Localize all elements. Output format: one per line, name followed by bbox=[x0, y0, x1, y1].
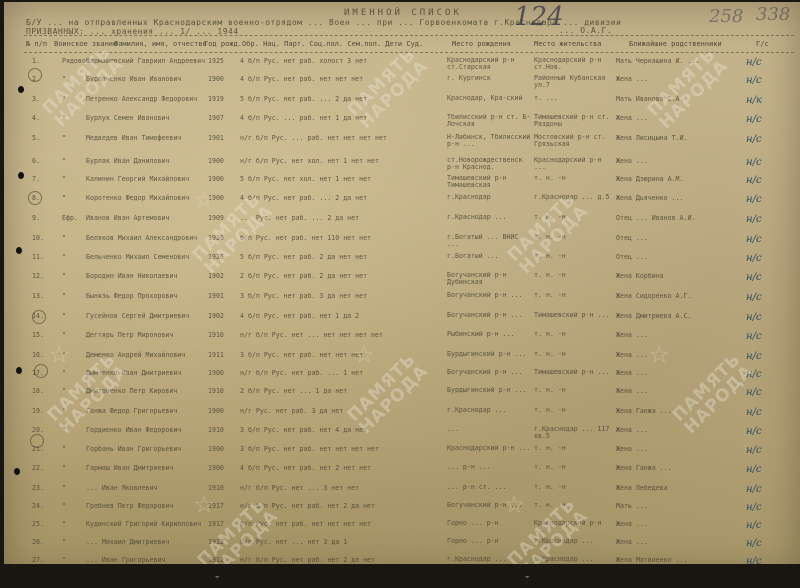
header-divider-bottom bbox=[24, 52, 794, 53]
table-row: 5."Медведев Иван Тимофеевич1901н/г б/п Р… bbox=[4, 134, 800, 152]
table-row: 1.РядовойКармашевский Гавриил Андреевич1… bbox=[4, 57, 800, 75]
header-divider-top bbox=[24, 35, 794, 36]
header-year: Год рожд. bbox=[204, 40, 242, 48]
pencil-circle-mark bbox=[30, 434, 44, 448]
binder-hole bbox=[14, 468, 20, 475]
table-row: 4."Бурлук Семен Иванович19074 б/п Рус. .… bbox=[4, 114, 800, 132]
binder-hole bbox=[16, 367, 22, 374]
binder-hole bbox=[18, 86, 24, 93]
table-row: 18."Дмитриенко Петр Кирович19102 б/п Рус… bbox=[4, 387, 800, 405]
table-row: 24."Гребнев Петр Федорович1917н/г б/п Ру… bbox=[4, 502, 800, 520]
handwritten-archive-number-1: 258 bbox=[709, 6, 743, 27]
header-name: Фамилия, имя, отчество bbox=[114, 40, 207, 48]
table-row: 14."Гусейнов Сергей Дмитриевич19024 б/п … bbox=[4, 312, 800, 330]
table-row: 3."Петренко Александр Федорович19195 б/п… bbox=[4, 95, 800, 113]
pencil-circle-mark bbox=[32, 310, 46, 324]
table-row: 15."Дегтярь Петр Миронович1910н/г б/п Ру… bbox=[4, 331, 800, 349]
table-row: 23."... Иван Яковлевич1910н/г б/п Рус. н… bbox=[4, 484, 800, 502]
table-row: 10."Беляков Михаил Александрович1926б/п … bbox=[4, 234, 800, 252]
table-row: 11."Бельченко Михаил Семенович19265 б/п … bbox=[4, 253, 800, 271]
binder-hole bbox=[16, 247, 22, 254]
pencil-circle-mark bbox=[28, 68, 42, 82]
table-row: 8."Коротенко Федор Михайлович19004 б/п Р… bbox=[4, 194, 800, 212]
binder-hole bbox=[18, 172, 24, 179]
table-row: 7."Калинин Георгий Михайлович19005 б/п Р… bbox=[4, 175, 800, 193]
header-num: № п/п bbox=[26, 40, 47, 48]
handwritten-page-number: 124 bbox=[514, 2, 564, 32]
table-row: 13."Бынязь Федор Прохорович19013 б/п Рус… bbox=[4, 292, 800, 310]
header-rank: Воинское звание bbox=[54, 40, 117, 48]
table-row: 6."Бурлак Иван Данилович1900н/г б/п Рус.… bbox=[4, 157, 800, 175]
table-row: 22."Гармаш Иван Дмитриевич19004 б/п Рус.… bbox=[4, 464, 800, 482]
table-row: 9.Ефр.Иванов Иван Артемович1909... Рус. … bbox=[4, 214, 800, 232]
table-row: 20."Гордиенко Иван Федорович19103 б/п Ру… bbox=[4, 426, 800, 444]
table-row: 21."Горбань Иван Григорьевич19003 б/п Ру… bbox=[4, 445, 800, 463]
header-relatives: Ближайшие родственники bbox=[629, 40, 722, 48]
scan-edge bbox=[4, 564, 800, 576]
document-subtitle-right: ... О.А.Г. bbox=[559, 26, 612, 35]
header-data: Обр. Нац. Парт. Соц.пол. Сем.пол. Дети С… bbox=[242, 40, 423, 48]
document-sheet: ИМЕННОЙ СПИСОК Б/У ... на отправленных К… bbox=[4, 2, 800, 576]
table-row: 26."... Михаил Дмитриевич1912б/п Рус. не… bbox=[4, 538, 800, 556]
pencil-circle-mark bbox=[34, 364, 48, 378]
document-heading: ИМЕННОЙ СПИСОК bbox=[344, 8, 462, 18]
header-mark: Г/с bbox=[756, 40, 769, 48]
pencil-circle-mark bbox=[28, 191, 42, 205]
table-row: 17."Дымченко Иван Дмитриевич1900н/г б/п … bbox=[4, 369, 800, 387]
header-residence: Место жительства bbox=[534, 40, 601, 48]
table-row: 25."Кудинский Григорий Кириллович1917б/п… bbox=[4, 520, 800, 538]
handwritten-archive-number-2: 338 bbox=[756, 4, 790, 25]
table-row: 16."Деменко Андрей Михайлович19113 б/п Р… bbox=[4, 351, 800, 369]
table-row: 12."Бородин Иван Николаевич19022 б/п Рус… bbox=[4, 272, 800, 290]
header-birthplace: Место рождения bbox=[452, 40, 511, 48]
table-row: 19."Ганжа Федор Григорьевич1900н/г Рус. … bbox=[4, 407, 800, 425]
table-row: 2."Бурлаченко Иван Иванович19004 б/п Рус… bbox=[4, 75, 800, 93]
